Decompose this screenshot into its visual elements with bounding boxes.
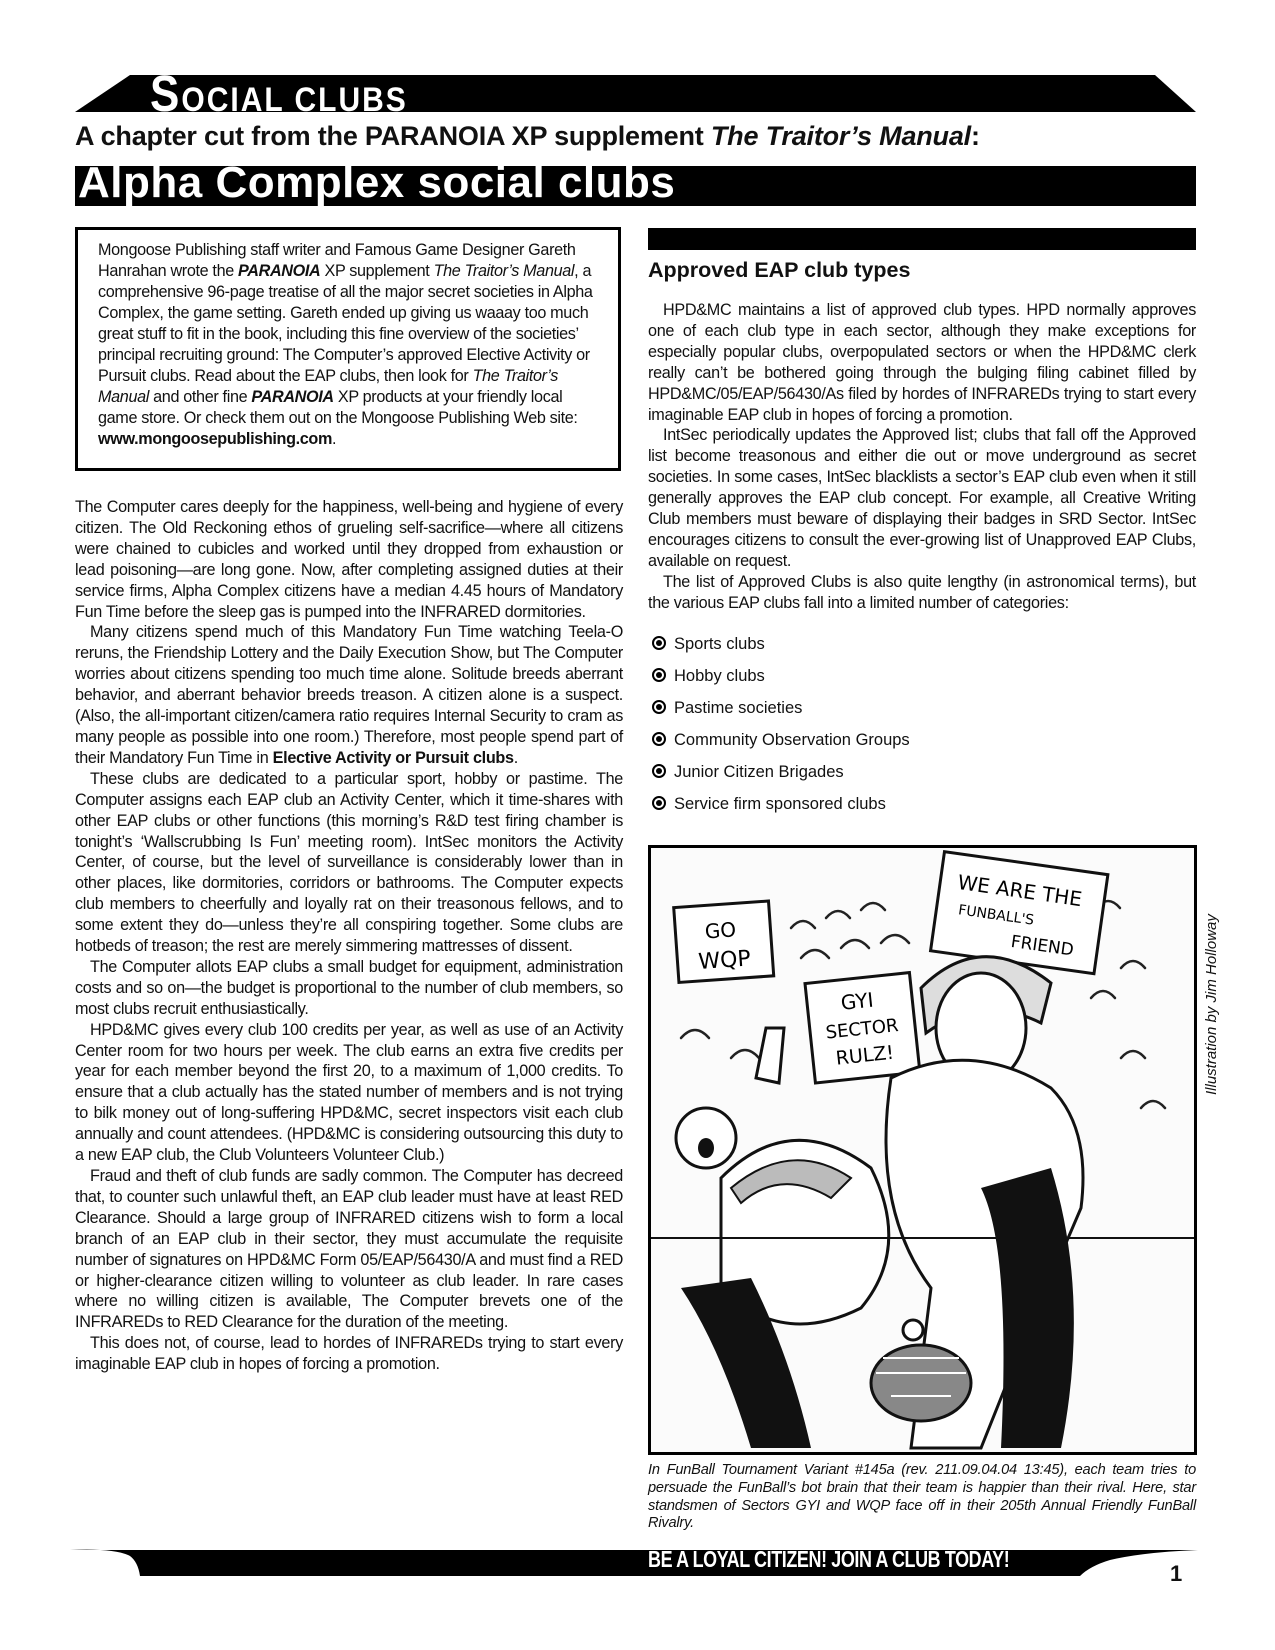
svg-text:GO: GO [704, 917, 737, 943]
section-heading: Approved EAP club types [648, 256, 910, 284]
left-column-body: The Computer cares deeply for the happin… [75, 497, 623, 1375]
eye-icon [652, 796, 666, 810]
footer-slogan: BE A LOYAL CITIZEN! JOIN A CLUB TODAY! [648, 1545, 1009, 1573]
paragraph: IntSec periodically updates the Approved… [648, 425, 1196, 571]
eye-icon [652, 732, 666, 746]
svg-text:WQP: WQP [698, 946, 752, 975]
illustration-caption: In FunBall Tournament Variant #145a (rev… [648, 1462, 1196, 1533]
eye-icon [652, 700, 666, 714]
paragraph: The Computer cares deeply for the happin… [75, 497, 623, 622]
page-number: 1 [1170, 1562, 1182, 1586]
eye-icon [652, 636, 666, 650]
paragraph: These clubs are dedicated to a particula… [75, 769, 623, 957]
paragraph: This does not, of course, lead to hordes… [75, 1333, 623, 1375]
footer-bar [70, 1548, 1198, 1576]
paragraph: The Computer allots EAP clubs a small bu… [75, 957, 623, 1020]
paragraph: HPD&MC maintains a list of approved club… [648, 300, 1196, 425]
paragraph: Fraud and theft of club funds are sadly … [75, 1166, 623, 1333]
list-item: Pastime societies [652, 698, 910, 730]
funball-illustration: GO WQP GYI SECTOR RULZ! WE ARE THE FUNBA… [648, 845, 1197, 1455]
list-item: Junior Citizen Brigades [652, 762, 910, 794]
intro-sidebar-box: Mongoose Publishing staff writer and Fam… [75, 227, 621, 471]
chapter-subtitle: A chapter cut from the PARANOIA XP suppl… [75, 120, 980, 152]
list-item: Service firm sponsored clubs [652, 794, 910, 826]
eye-icon [652, 668, 666, 682]
right-column-body: HPD&MC maintains a list of approved club… [648, 300, 1196, 614]
svg-text:GYI: GYI [840, 988, 875, 1015]
list-item: Hobby clubs [652, 666, 910, 698]
page-title: Alpha Complex social clubs [78, 158, 675, 208]
paragraph: Many citizens spend much of this Mandato… [75, 622, 623, 768]
paragraph: The list of Approved Clubs is also quite… [648, 572, 1196, 614]
website-link[interactable]: www.mongoosepublishing.com [98, 430, 332, 448]
list-item: Sports clubs [652, 634, 910, 666]
illustration-credit: Illustration by Jim Holloway [1203, 845, 1223, 1095]
paragraph: HPD&MC gives every club 100 credits per … [75, 1020, 623, 1166]
eye-icon [652, 764, 666, 778]
section-divider-bar [648, 228, 1196, 250]
section-title: SOCIAL CLUBS [150, 72, 408, 124]
list-item: Community Observation Groups [652, 730, 910, 762]
club-type-list: Sports clubs Hobby clubs Pastime societi… [652, 634, 910, 826]
